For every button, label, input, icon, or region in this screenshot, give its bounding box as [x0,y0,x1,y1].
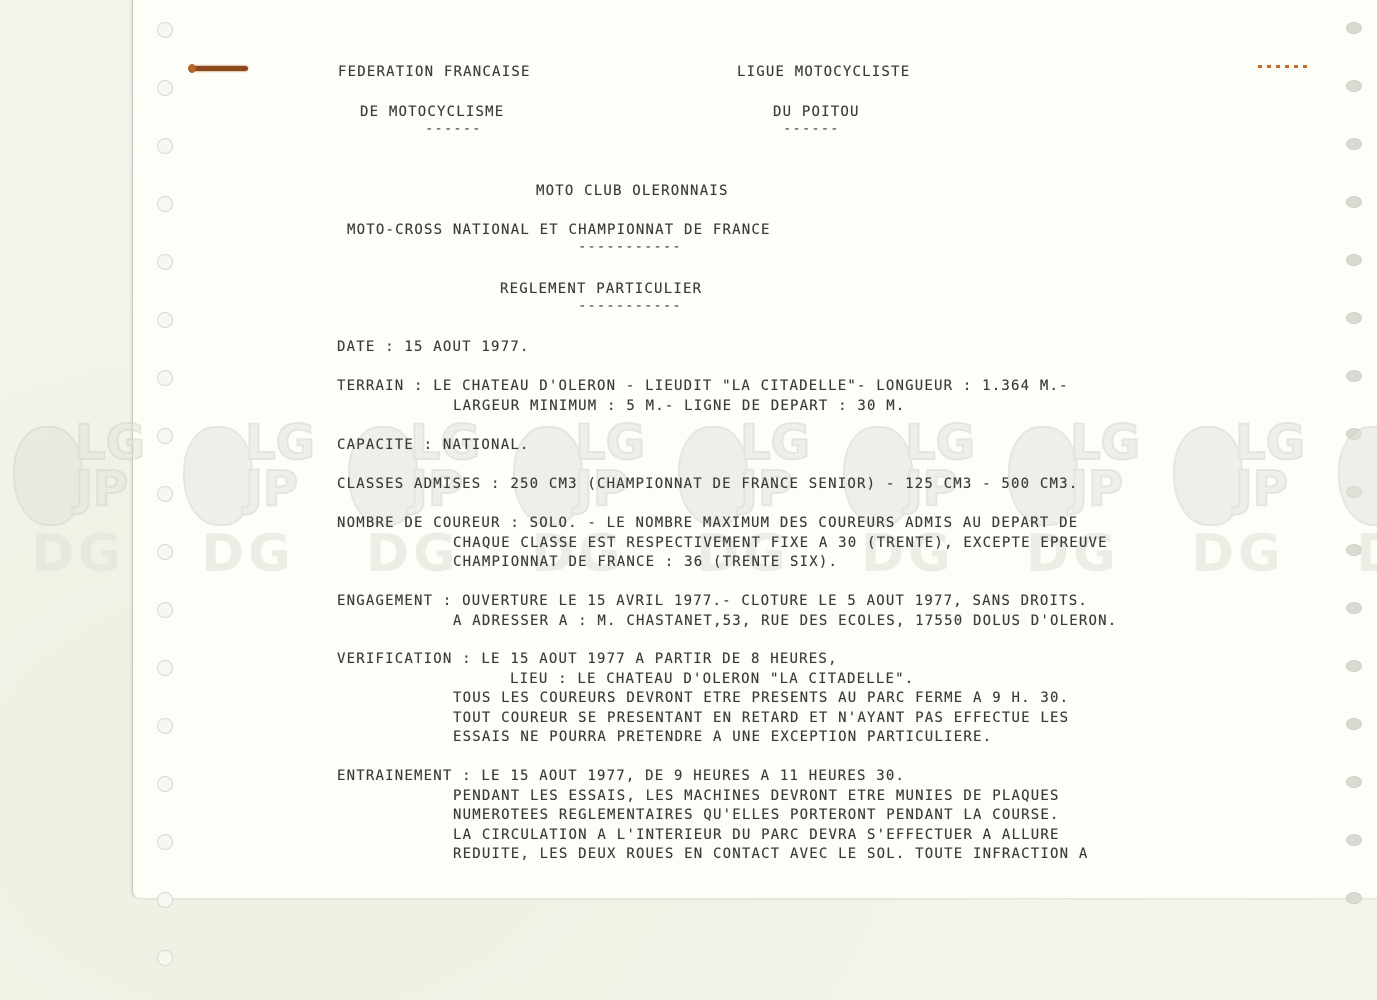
section-verification: VERIFICATION : LE 15 AOUT 1977 A PARTIR … [337,650,838,670]
perforation-hole [1346,80,1362,92]
section-line: LA CIRCULATION A L'INTERIEUR DU PARC DEV… [453,826,1060,846]
section-line: CHAQUE CLASSE EST RESPECTIVEMENT FIXE A … [453,534,1108,554]
perforation-hole [1346,138,1362,150]
section-line: NUMEROTEES REGLEMENTAIRES QU'ELLES PORTE… [453,806,1060,826]
perforation-hole [1346,776,1362,788]
perforation-hole [157,602,173,618]
section-entrainement: ENTRAINEMENT : LE 15 AOUT 1977, DE 9 HEU… [337,767,905,787]
section-line: PENDANT LES ESSAIS, LES MACHINES DEVRONT… [453,787,1060,807]
perforation-hole [1346,892,1362,904]
header-right-underline: ------ [783,121,840,137]
section-line: TOUS LES COUREURS DEVRONT ETRE PRESENTS … [453,689,1069,709]
section-classes-admises: CLASSES ADMISES : 250 CM3 (CHAMPIONNAT D… [337,475,1078,495]
header-left-underline: ------ [425,121,482,137]
section-capacite: CAPACITE : NATIONAL. [337,436,530,456]
perforation-hole [157,834,173,850]
event-title: MOTO-CROSS NATIONAL ET CHAMPIONNAT DE FR… [347,221,771,241]
section-line: TOUT COUREUR SE PRESENTANT EN RETARD ET … [453,709,1069,729]
club-name: MOTO CLUB OLERONNAIS [536,182,729,202]
section-nombre-de-coureur: NOMBRE DE COUREUR : SOLO. - LE NOMBRE MA… [337,514,1078,534]
watermark-logo: LGJPDG [5,420,165,585]
rust-stain [1258,65,1308,68]
section-line: A ADRESSER A : M. CHASTANET,53, RUE DES … [453,612,1117,632]
rules-title-underline: ----------- [578,298,682,314]
section-date: DATE : 15 AOUT 1977. [337,338,530,358]
perforation-hole [157,138,173,154]
watermark-logo: LGJPDG [835,420,995,585]
perforation-hole [1346,660,1362,672]
watermark-logo: LGJPDG [1330,420,1377,585]
perforation-hole [157,312,173,328]
section-engagement: ENGAGEMENT : OUVERTURE LE 15 AVRIL 1977.… [337,592,1088,612]
section-line: LARGEUR MINIMUM : 5 M.- LIGNE DE DEPART … [453,397,906,417]
perforation-hole [157,80,173,96]
perforation-hole [157,370,173,386]
perforation-hole [1346,602,1362,614]
perforation-hole [1346,718,1362,730]
watermark-logo: LGJPDG [1000,420,1160,585]
perforation-hole [1346,22,1362,34]
perforation-hole [157,718,173,734]
rules-title: REGLEMENT PARTICULIER [500,280,702,300]
header-ligue-line2: DU POITOU [773,103,860,123]
perforation-hole [157,892,173,908]
section-line: ESSAIS NE POURRA PRETENDRE A UNE EXCEPTI… [453,728,992,748]
perforation-hole [157,660,173,676]
header-ligue-line1: LIGUE MOTOCYCLISTE [737,63,910,83]
rust-staple-mark [190,66,248,71]
header-federation-line2: DE MOTOCYCLISME [360,103,504,123]
event-title-underline: ----------- [578,239,682,255]
perforation-hole [157,776,173,792]
watermark-logo: LGJPDG [175,420,335,585]
perforation-hole [157,950,173,966]
perforation-hole [157,196,173,212]
header-federation-line1: FEDERATION FRANCAISE [338,63,531,83]
section-line: REDUITE, LES DEUX ROUES EN CONTACT AVEC … [453,845,1089,865]
watermark-logo: LGJPDG [1165,420,1325,585]
perforation-hole [1346,370,1362,382]
section-line: LIEU : LE CHATEAU D'OLERON "LA CITADELLE… [510,670,914,690]
perforation-hole [157,22,173,38]
perforation-hole [1346,254,1362,266]
perforation-hole [1346,312,1362,324]
section-terrain: TERRAIN : LE CHATEAU D'OLERON - LIEUDIT … [337,377,1069,397]
perforation-hole [1346,834,1362,846]
perforation-hole [157,254,173,270]
perforation-hole [1346,196,1362,208]
section-line: CHAMPIONNAT DE FRANCE : 36 (TRENTE SIX). [453,553,838,573]
